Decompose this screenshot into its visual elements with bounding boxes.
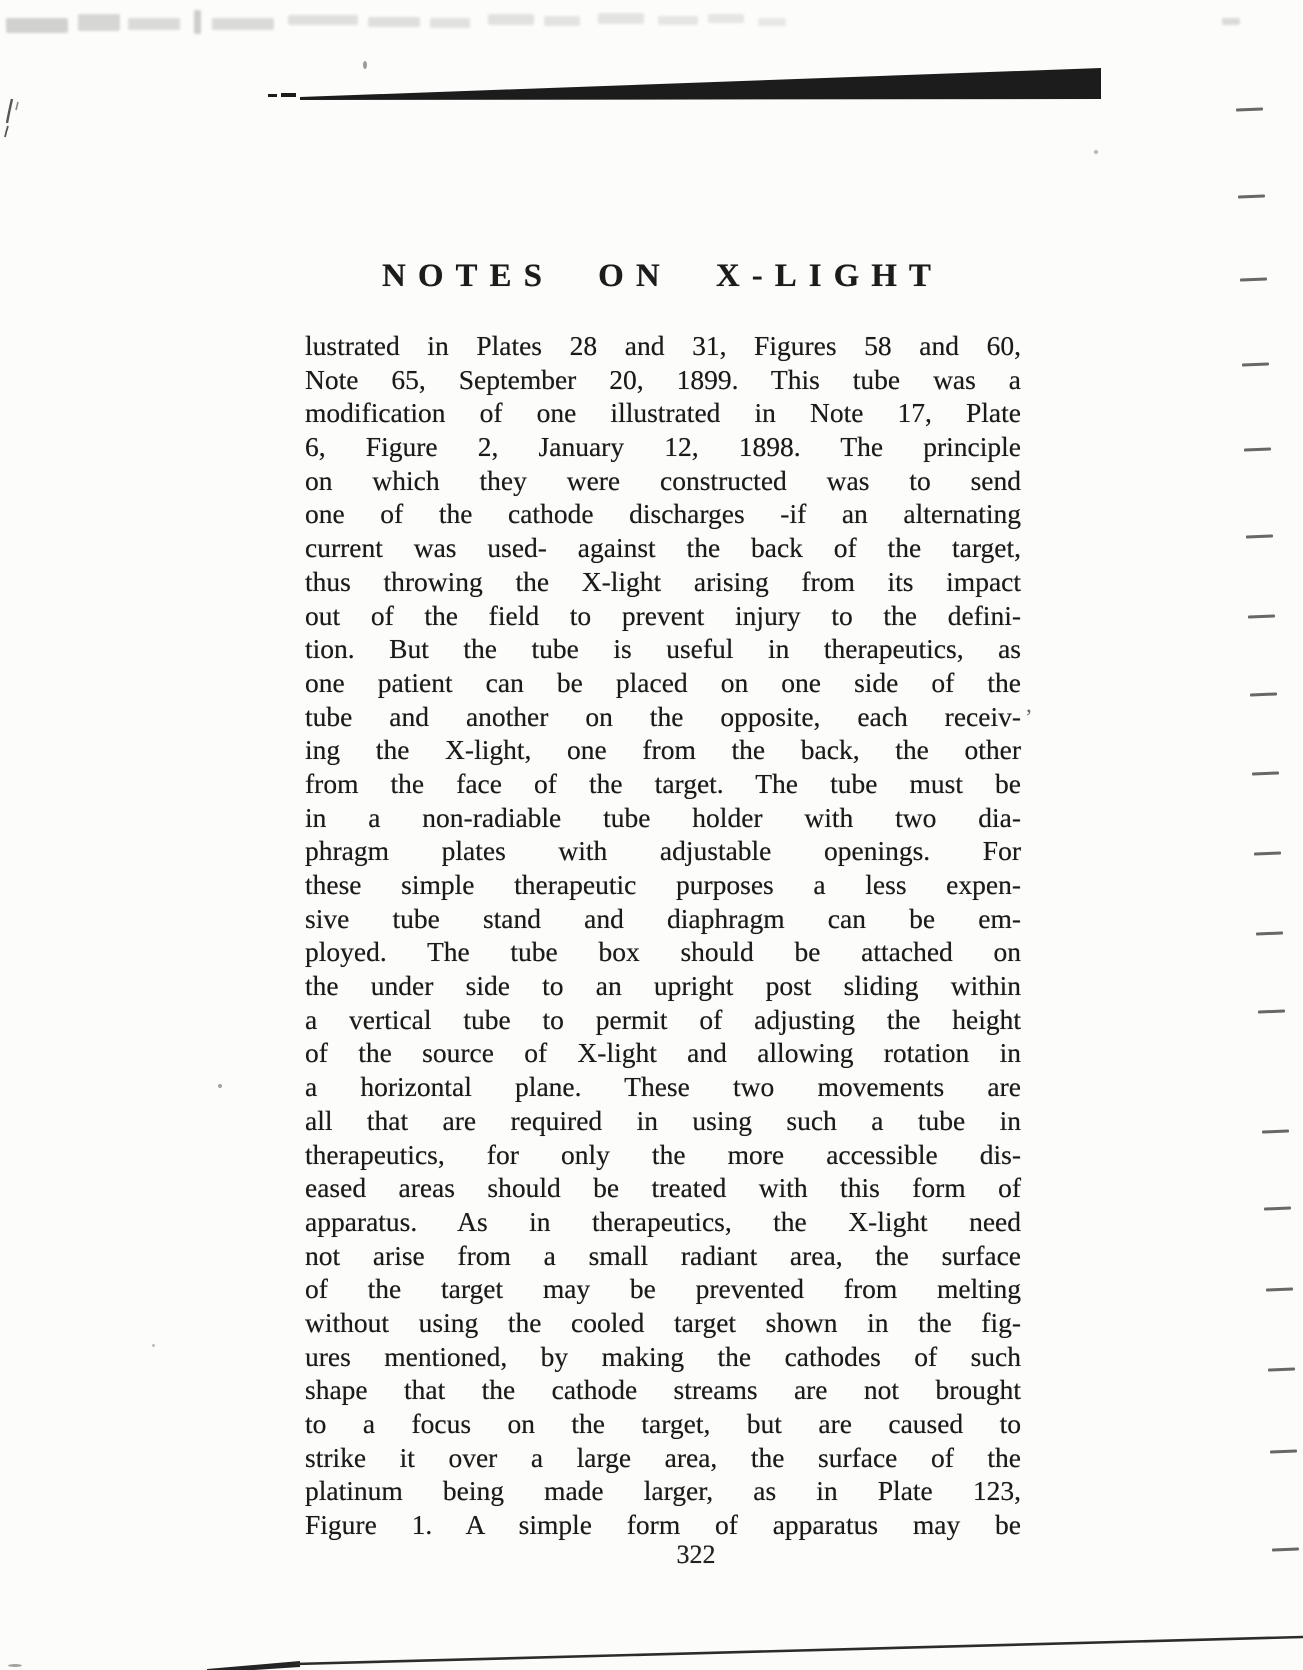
body-line: of the target may be prevented from melt… xyxy=(305,1272,1021,1306)
body-line: ures mentioned, by making the cathodes o… xyxy=(305,1340,1021,1374)
ink-speck xyxy=(152,1344,155,1347)
body-text: lustrated in Plates 28 and 31, Figures 5… xyxy=(305,329,1021,1542)
body-line: modification of one illustrated in Note … xyxy=(305,396,1021,430)
ink-speck xyxy=(1094,150,1098,154)
body-line: from the face of the target. The tube mu… xyxy=(305,767,1021,801)
body-line: the under side to an upright post slidin… xyxy=(305,969,1021,1003)
body-line: ployed. The tube box should be attached … xyxy=(305,935,1021,969)
comma-fleck-artifact: , xyxy=(1026,692,1032,718)
body-line: one of the cathode discharges -if an alt… xyxy=(305,497,1021,531)
body-line: 6, Figure 2, January 12, 1898. The princ… xyxy=(305,430,1021,464)
body-line: Note 65, September 20, 1899. This tube w… xyxy=(305,363,1021,397)
body-line: platinum being made larger, as in Plate … xyxy=(305,1474,1021,1508)
bottom-page-edge-line xyxy=(207,1637,1303,1670)
body-line: strike it over a large area, the surface… xyxy=(305,1441,1021,1475)
body-line: apparatus. As in therapeutics, the X-lig… xyxy=(305,1205,1021,1239)
body-line: Figure 1. A simple form of apparatus may… xyxy=(305,1508,1021,1542)
body-line: one patient can be placed on one side of… xyxy=(305,666,1021,700)
body-line: a horizontal plane. These two movements … xyxy=(305,1070,1021,1104)
body-line: shape that the cathode streams are not b… xyxy=(305,1373,1021,1407)
body-line: phragm plates with adjustable openings. … xyxy=(305,834,1021,868)
body-line: to a focus on the target, but are caused… xyxy=(305,1407,1021,1441)
body-line: all that are required in using such a tu… xyxy=(305,1104,1021,1138)
body-line: out of the field to prevent injury to th… xyxy=(305,599,1021,633)
body-line: these simple therapeutic purposes a less… xyxy=(305,868,1021,902)
body-line: tion. But the tube is useful in therapeu… xyxy=(305,632,1021,666)
scanned-book-page: NOTES ON X-LIGHT lustrated in Plates 28 … xyxy=(0,0,1303,1670)
ink-speck xyxy=(363,61,367,69)
ink-speck xyxy=(218,1084,222,1088)
body-line: thus throwing the X-light arising from i… xyxy=(305,565,1021,599)
body-line: lustrated in Plates 28 and 31, Figures 5… xyxy=(305,329,1021,363)
margin-pen-mark-artifact xyxy=(5,99,18,137)
ink-speck xyxy=(8,1664,22,1667)
body-line: on which they were constructed was to se… xyxy=(305,464,1021,498)
body-line: not arise from a small radiant area, the… xyxy=(305,1239,1021,1273)
body-line: sive tube stand and diaphragm can be em- xyxy=(305,902,1021,936)
page-number: 322 xyxy=(650,1540,742,1570)
body-line: in a non-radiable tube holder with two d… xyxy=(305,801,1021,835)
page-title: NOTES ON X-LIGHT xyxy=(305,258,1020,295)
body-line: therapeutics, for only the more accessib… xyxy=(305,1138,1021,1172)
body-line: ing the X-light, one from the back, the … xyxy=(305,733,1021,767)
body-line: eased areas should be treated with this … xyxy=(305,1171,1021,1205)
body-line: current was used- against the back of th… xyxy=(305,531,1021,565)
body-line: without using the cooled target shown in… xyxy=(305,1306,1021,1340)
body-line: of the source of X-light and allowing ro… xyxy=(305,1036,1021,1070)
body-line: a vertical tube to permit of adjusting t… xyxy=(305,1003,1021,1037)
body-line: tube and another on the opposite, each r… xyxy=(305,700,1021,734)
